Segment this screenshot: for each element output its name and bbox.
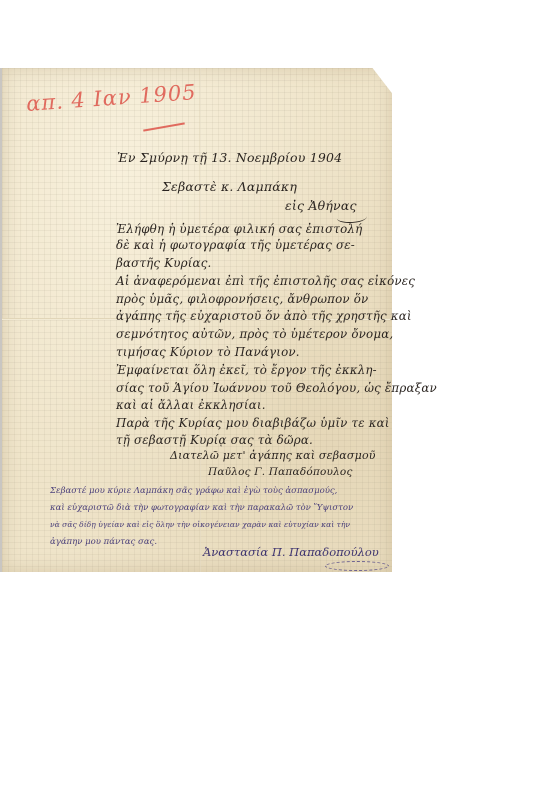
sender-signature: Παῦλος Γ. Παπαδόπουλος	[208, 466, 353, 478]
body-line: Αἱ ἀναφερόμεναι ἐπὶ τῆς ἐπιστολῆς σας εἰ…	[116, 274, 415, 288]
postscript-line: καὶ εὐχαριστῶ διὰ τὴν φωτογραφίαν καὶ τὴ…	[50, 503, 353, 513]
salutation-line-1: Σεβαστὲ κ. Λαμπάκη	[162, 179, 297, 194]
body-line: τῇ σεβαστῇ Κυρίᾳ σας τὰ δῶρα.	[116, 433, 313, 447]
body-line: Ἐμφαίνεται ὅλη ἐκεῖ, τὸ ἔργον τῆς ἐκκλη-	[116, 363, 377, 377]
body-line: σίας τοῦ Ἁγίου Ἰωάννου τοῦ Θεολόγου, ὡς …	[116, 381, 437, 395]
postscript-signature: Ἀναστασία Π. Παπαδοπούλου	[203, 545, 379, 559]
postscript-line: Σεβαστέ μου κύριε Λαμπάκη σᾶς γράφω καὶ …	[50, 486, 337, 496]
body-line: βαστῆς Κυρίας.	[116, 256, 211, 270]
body-line: καὶ αἱ ἄλλαι ἐκκλησίαι.	[116, 398, 266, 412]
body-line: σεμνότητος αὐτῶν, πρὸς τὸ ὑμέτερον ὄνομα…	[116, 327, 393, 341]
body-line: τιμήσας Κύριον τὸ Πανάγιον.	[116, 345, 300, 359]
body-line: Ἐλήφθη ἡ ὑμετέρα φιλική σας ἐπιστολή	[116, 222, 362, 236]
signature-flourish	[325, 561, 389, 571]
closing-line: Διατελῶ μετ' ἀγάπης καὶ σεβασμοῦ	[170, 449, 376, 462]
salutation-line-2: εἰς Ἀθήνας	[285, 198, 357, 213]
body-line: ἀγάπης τῆς εὐχαριστοῦ ὅν ἀπὸ τῆς χρηστῆς…	[116, 309, 412, 323]
postscript-line: νὰ σᾶς δίδῃ ὑγείαν καὶ εἰς ὅλην τὴν οἰκο…	[50, 520, 350, 529]
postscript-line: ἀγάπην μου πάντας σας.	[50, 537, 157, 547]
body-line: πρὸς ὑμᾶς, φιλοφρονήσεις, ἄνθρωπον ὅν	[116, 292, 368, 306]
body-line: δὲ καὶ ἡ φωτογραφία τῆς ὑμετέρας σε-	[116, 238, 355, 252]
place-date-line: Ἐν Σμύρνῃ τῇ 13. Νοεμβρίου 1904	[117, 150, 342, 165]
body-line: Παρὰ τῆς Κυρίας μου διαβιβάζω ὑμῖν τε κα…	[116, 416, 390, 430]
